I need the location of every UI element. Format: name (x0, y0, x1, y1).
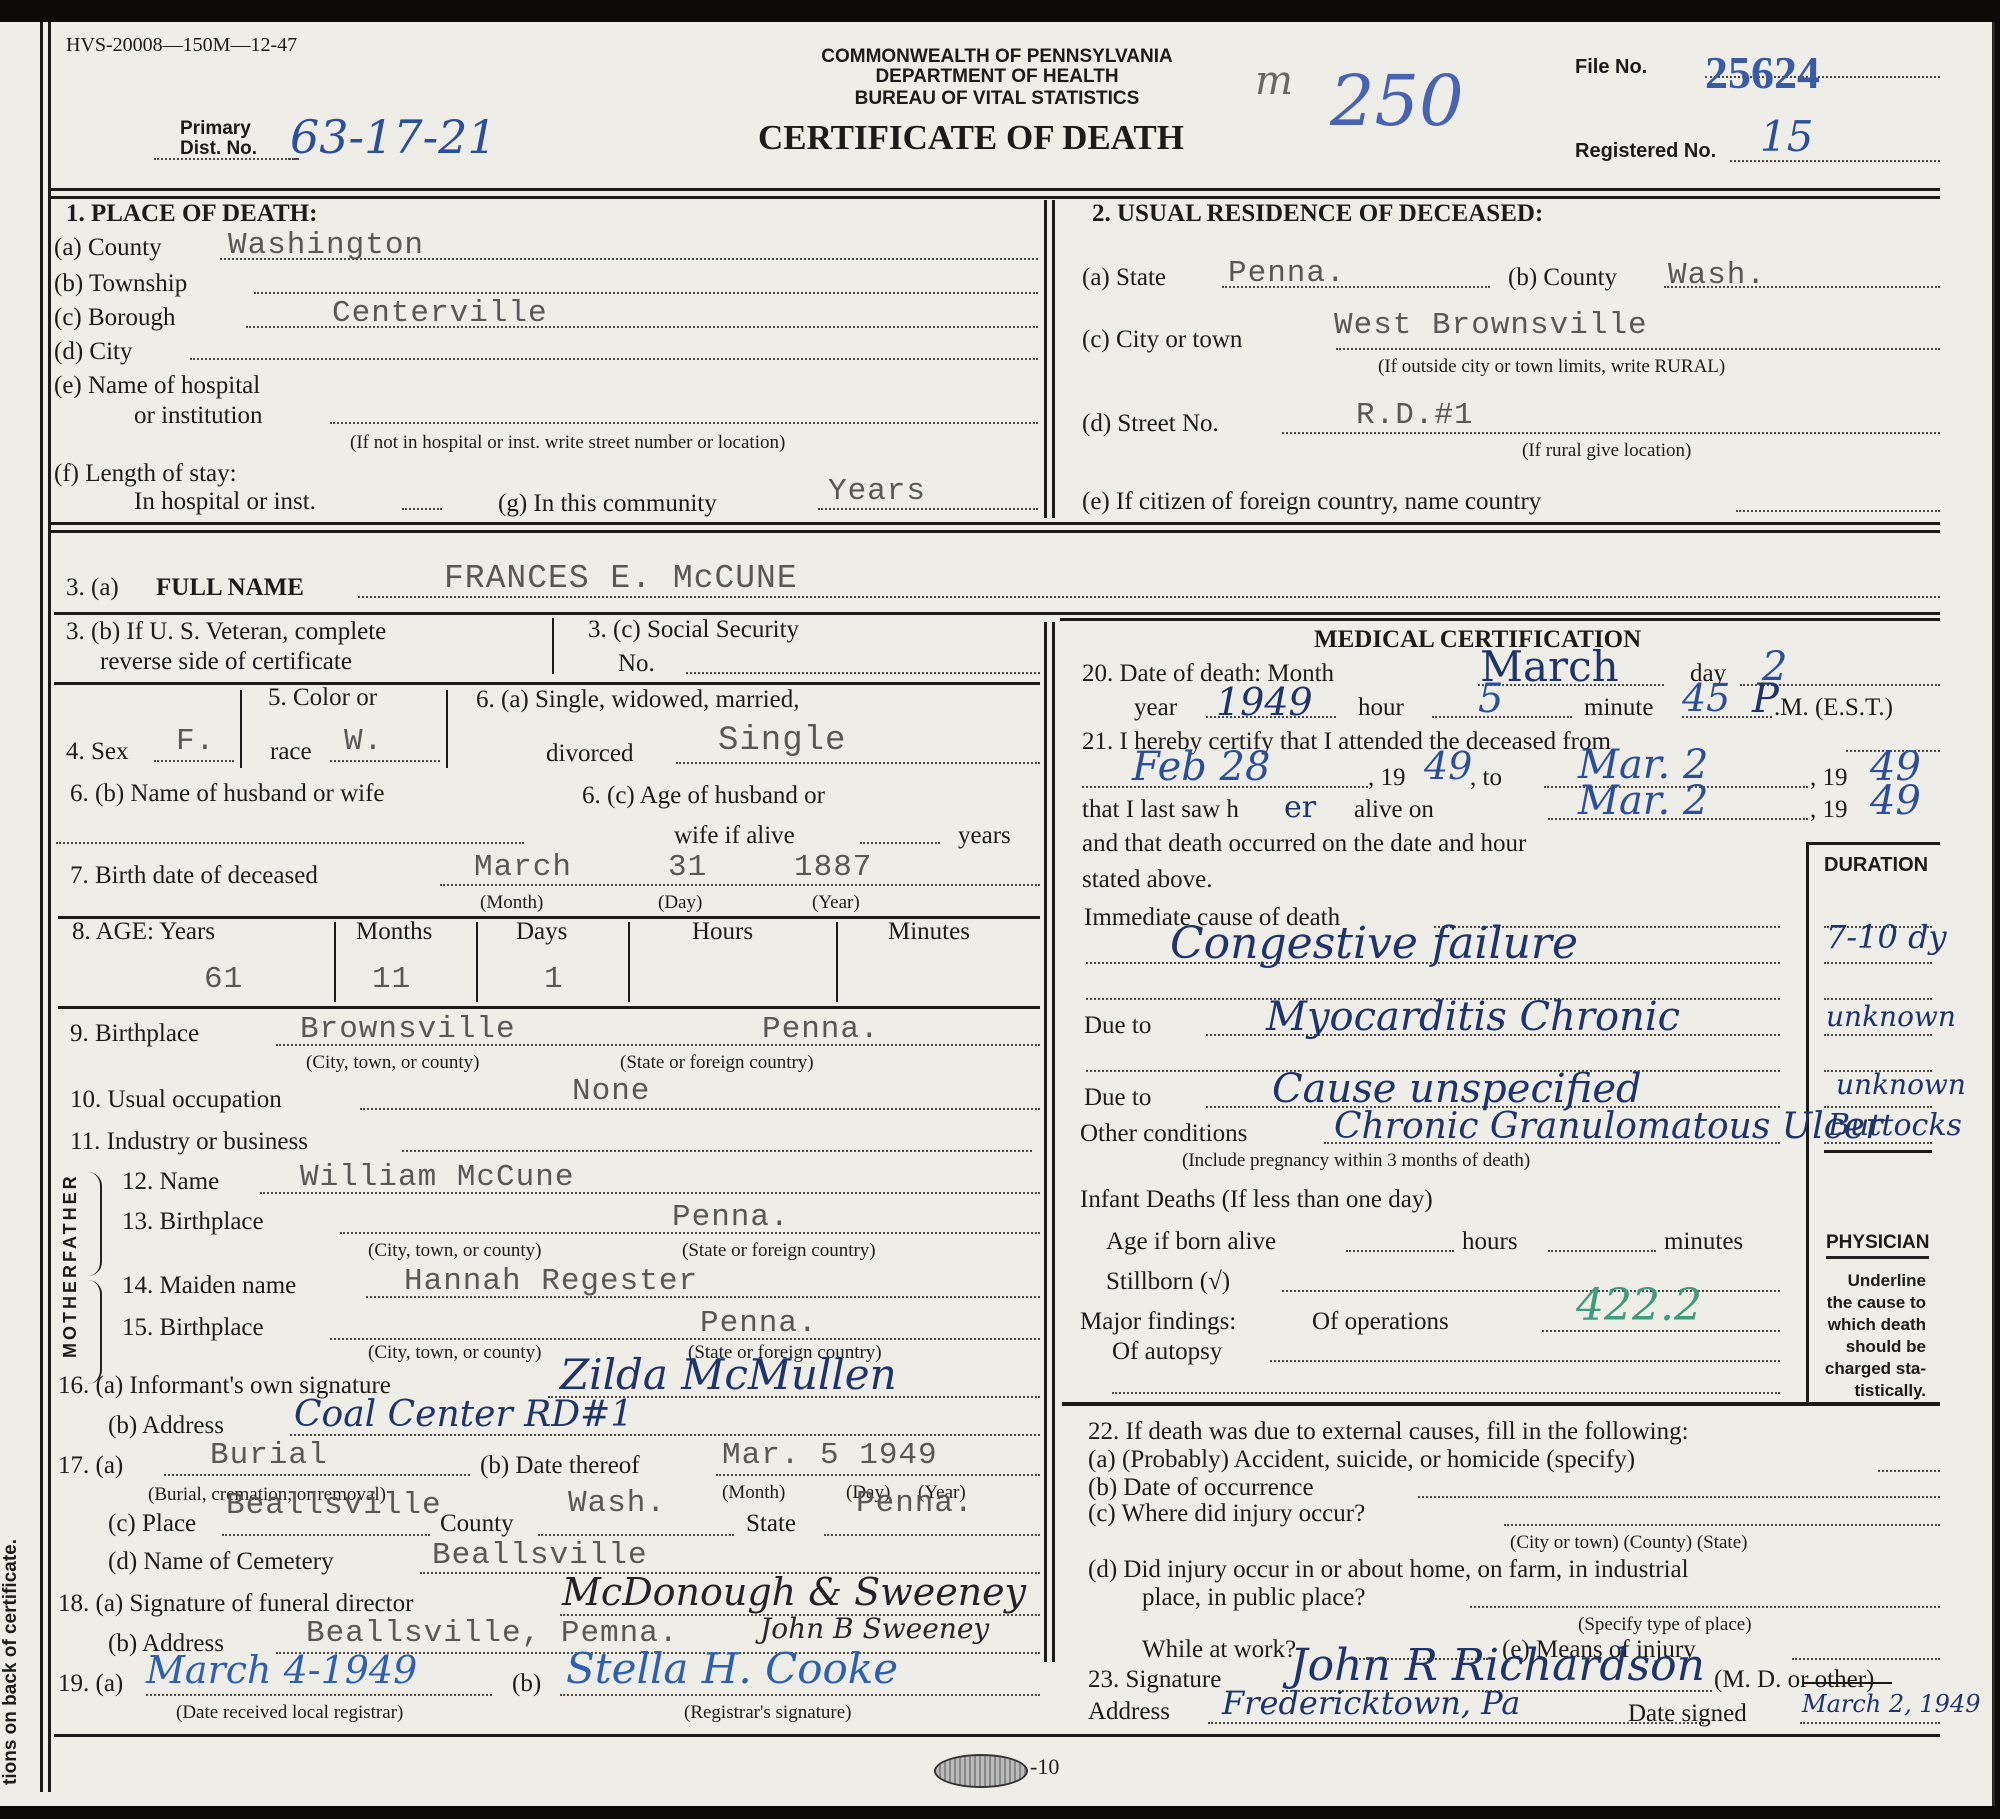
burial-place-label: (c) Place (108, 1510, 196, 1538)
physician-heading: PHYSICIAN (1826, 1232, 1929, 1259)
mother-city-caption: (City, town, or county) (368, 1342, 541, 1364)
margin-side-note: tions on back of certificate. (0, 1539, 22, 1785)
header-divider (48, 188, 1940, 199)
attended-to-label: , to (1470, 764, 1502, 792)
file-number: 25624 (1705, 46, 1820, 99)
bottom-rule (54, 1734, 1940, 1737)
death-hour-label: hour (1358, 694, 1404, 722)
autopsy-label: Of autopsy (1112, 1338, 1222, 1366)
cause-immediate-value: Congestive failure (1170, 918, 1578, 969)
birth-day: 31 (668, 850, 707, 885)
informant-address: Coal Center RD#1 (294, 1394, 633, 1435)
funeral-director-cosignature: John B Sweeney (760, 1612, 989, 1645)
county-label: (a) County (54, 234, 162, 262)
father-birthplace-value: Penna. (672, 1200, 790, 1235)
due-to-label-2: Due to (1084, 1084, 1151, 1112)
cause-immediate-duration: 7-10 dy (1826, 918, 1947, 956)
section-divider-1-2 (1044, 200, 1055, 518)
external-d-caption: (Specify type of place) (1578, 1614, 1752, 1636)
other-conditions-value: Chronic Granulomatous Ulcer (1334, 1106, 1882, 1147)
duration-heading: DURATION (1824, 854, 1928, 877)
last-saw-date: Mar. 2 (1578, 778, 1708, 824)
age-years-value: 61 (204, 962, 243, 997)
spouse-age-label-1: 6. (c) Age of husband or (582, 782, 825, 810)
mother-maiden-label: 14. Maiden name (122, 1272, 296, 1300)
death-year-label: year (1134, 694, 1177, 722)
attended-from-19: , 19 (1368, 764, 1406, 792)
res-state-value: Penna. (1228, 256, 1346, 291)
res-foreign-label: (e) If citizen of foreign country, name … (1082, 488, 1541, 516)
death-minute-label: minute (1584, 694, 1653, 722)
borough-value: Centerville (332, 296, 548, 331)
township-label: (b) Township (54, 270, 187, 298)
burial-county-label: County (440, 1510, 514, 1538)
operations-label: Of operations (1312, 1308, 1449, 1336)
funeral-director-signature-label: 18. (a) Signature of funeral director (58, 1590, 413, 1618)
hospital-note: (If not in hospital or inst. write stree… (350, 432, 785, 454)
spouse-name-label: 6. (b) Name of husband or wife (70, 780, 385, 808)
death-year-value: 1949 (1216, 680, 1313, 724)
veteran-label-2: reverse side of certificate (100, 648, 352, 676)
primary-dist-label-1: Primary (180, 118, 251, 140)
cause-due-to-2-duration: unknown (1836, 1068, 1966, 1101)
race-value: W. (344, 724, 383, 759)
certifier-signature-label: 23. Signature (1088, 1666, 1221, 1694)
union-printer-seal-icon (934, 1754, 1028, 1788)
race-label: race (270, 738, 312, 766)
date-signed-label: Date signed (1628, 1700, 1747, 1728)
full-name-value: FRANCES E. McCUNE (444, 560, 798, 597)
registrar-date-caption: (Date received local registrar) (176, 1702, 403, 1724)
sex-label: 4. Sex (66, 738, 129, 766)
external-d-label-2: place, in public place? (1142, 1584, 1366, 1612)
res-city-note: (If outside city or town limits, write R… (1378, 356, 1725, 378)
medical-column-divider (1044, 622, 1055, 1662)
birth-year-caption: (Year) (812, 892, 860, 914)
informant-signature: Zilda McMullen (560, 1350, 897, 1399)
res-street-value: R.D.#1 (1356, 398, 1474, 433)
usual-residence-heading: 2. USUAL RESIDENCE OF DECEASED: (1092, 200, 1543, 228)
occupation-value: None (572, 1074, 650, 1109)
attended-from-year: 49 (1424, 744, 1472, 788)
physician-note: Underline the cause to which death shoul… (1822, 1270, 1926, 1402)
res-county-value: Wash. (1668, 258, 1766, 293)
burial-place-value: Beallsville (226, 1488, 442, 1523)
occurred-line-1: and that death occurred on the date and … (1082, 830, 1526, 858)
primary-dist-label-2: Dist. No. (180, 138, 257, 160)
res-city-value: West Brownsville (1334, 308, 1648, 343)
cause-due-to-1-duration: unknown (1826, 1000, 1956, 1033)
infant-deaths-heading: Infant Deaths (If less than one day) (1080, 1186, 1433, 1214)
file-no-label: File No. (1575, 56, 1647, 79)
age-col-hours: Hours (692, 918, 753, 946)
registered-number: 15 (1760, 112, 1813, 161)
death-ampm-suffix: .M. (E.S.T.) (1774, 694, 1893, 722)
attended-to-19: , 19 (1810, 764, 1848, 792)
external-d-label-1: (d) Did injury occur in or about home, o… (1088, 1556, 1689, 1584)
certifier-address: Fredericktown, Pa (1222, 1684, 1520, 1722)
infant-hours-label: hours (1462, 1228, 1518, 1256)
full-name-label-prefix: 3. (a) (66, 574, 119, 602)
alive-on-label: alive on (1354, 796, 1434, 824)
res-street-note: (If rural give location) (1522, 440, 1691, 462)
spouse-age-unit: years (958, 822, 1011, 850)
marital-value: Single (718, 722, 846, 760)
burial-county-value: Wash. (568, 1486, 666, 1521)
registrar-label-a: 19. (a) (58, 1670, 123, 1698)
burial-month-caption: (Month) (722, 1482, 785, 1504)
father-side-label: FATHER (60, 1173, 81, 1262)
death-hour-value: 5 (1478, 676, 1503, 722)
full-name-label: FULL NAME (156, 574, 304, 602)
primary-dist-number: 63-17-21 (290, 110, 497, 164)
age-days-value: 1 (544, 962, 564, 997)
hospital-label-1: (e) Name of hospital (54, 372, 260, 400)
external-causes-heading: 22. If death was due to external causes,… (1088, 1418, 1689, 1446)
stillborn-label: Stillborn (√) (1106, 1268, 1230, 1296)
last-saw-label: that I last saw h (1082, 796, 1239, 824)
left-margin-rule (40, 22, 51, 1792)
birth-day-caption: (Day) (658, 892, 702, 914)
registrar-label-b: (b) (512, 1670, 541, 1698)
community-label: (g) In this community (498, 490, 717, 518)
length-of-stay-label: (f) Length of stay: (54, 460, 237, 488)
age-months-value: 11 (372, 962, 411, 997)
hospital-label-2: or institution (134, 402, 262, 430)
age-col-minutes: Minutes (888, 918, 970, 946)
agency-line-2: DEPARTMENT OF HEALTH (772, 66, 1222, 88)
county-value: Washington (228, 228, 424, 263)
date-signed-value: March 2, 1949 (1802, 1690, 1981, 1718)
age-label: 8. AGE: Years (72, 918, 215, 946)
other-conditions-label: Other conditions (1080, 1120, 1247, 1148)
burial-date-label: (b) Date thereof (480, 1452, 640, 1480)
burial-type-value: Burial (210, 1438, 328, 1473)
birth-date-label: 7. Birth date of deceased (70, 862, 318, 890)
occupation-label: 10. Usual occupation (70, 1086, 282, 1114)
registrar-signature: Stella H. Cooke (566, 1644, 898, 1693)
last-saw-year: 49 (1870, 778, 1921, 824)
father-state-caption: (State or foreign country) (682, 1240, 876, 1262)
major-findings-label: Major findings: (1080, 1308, 1236, 1336)
margin-note-number: 250 (1330, 60, 1464, 142)
while-at-work-label: While at work? (1142, 1636, 1296, 1664)
birthplace-label: 9. Birthplace (70, 1020, 199, 1048)
birth-month: March (474, 850, 572, 885)
color-label-1: 5. Color or (268, 684, 377, 712)
birth-year: 1887 (794, 850, 872, 885)
spouse-age-label-2: wife if alive (674, 822, 795, 850)
burial-date-value: Mar. 5 1949 (722, 1438, 938, 1473)
birthplace-state: Penna. (762, 1012, 880, 1047)
external-a-label: (a) (Probably) Accident, suicide, or hom… (1088, 1446, 1635, 1474)
mother-maiden-value: Hannah Regester (404, 1264, 698, 1299)
margin-note-m: m (1255, 58, 1293, 104)
other-conditions-note: (Include pregnancy within 3 months of de… (1182, 1150, 1530, 1172)
attended-from-value: Feb 28 (1132, 744, 1270, 790)
last-saw-19: , 19 (1810, 796, 1848, 824)
res-county-label: (b) County (1508, 264, 1617, 292)
age-born-alive-label: Age if born alive (1106, 1228, 1276, 1256)
mother-birthplace-value: Penna. (700, 1306, 818, 1341)
father-city-caption: (City, town, or county) (368, 1240, 541, 1262)
res-state-label: (a) State (1082, 264, 1166, 292)
res-city-label: (c) City or town (1082, 326, 1242, 354)
father-birthplace-label: 13. Birthplace (122, 1208, 264, 1236)
printer-code: -10 (1030, 1754, 1059, 1780)
informant-address-label: (b) Address (108, 1412, 224, 1440)
last-saw-pronoun: er (1284, 790, 1316, 825)
external-b-label: (b) Date of occurrence (1088, 1474, 1314, 1502)
birthplace-city: Brownsville (300, 1012, 516, 1047)
mother-birthplace-label: 15. Birthplace (122, 1314, 264, 1342)
mother-side-label: MOTHER (60, 1262, 81, 1358)
father-brace (88, 1172, 102, 1276)
cause-due-to-1-value: Myocarditis Chronic (1266, 994, 1680, 1040)
occurred-line-2: stated above. (1082, 866, 1213, 894)
burial-state-label: State (746, 1510, 796, 1538)
burial-state-value: Penna. (856, 1486, 974, 1521)
registered-no-label: Registered No. (1575, 140, 1716, 163)
section-divider-2-3 (48, 522, 1940, 533)
form-number: HVS-20008—150M—12-47 (66, 34, 297, 57)
agency-line-3: BUREAU OF VITAL STATISTICS (772, 88, 1222, 110)
funeral-director-signature: McDonough & Sweeney (562, 1570, 1026, 1614)
father-name-value: William McCune (300, 1160, 574, 1195)
marital-label-1: 6. (a) Single, widowed, married, (476, 686, 800, 714)
res-street-label: (d) Street No. (1082, 410, 1219, 438)
full-name-divider (54, 612, 1940, 615)
father-name-label: 12. Name (122, 1168, 219, 1196)
veteran-label-1: 3. (b) If U. S. Veteran, complete (66, 618, 386, 646)
operations-value: 422.2 (1576, 1280, 1702, 1331)
due-to-label-1: Due to (1084, 1012, 1151, 1040)
place-of-death-heading: 1. PLACE OF DEATH: (66, 200, 317, 228)
other-conditions-duration: Buttocks (1828, 1108, 1962, 1143)
ss-label-2: No. (618, 650, 655, 678)
city-label: (d) City (54, 338, 132, 366)
burial-type-label: 17. (a) (58, 1452, 123, 1480)
death-minute-value: 45 (1682, 676, 1730, 720)
external-c-caption: (City or town) (County) (State) (1510, 1532, 1747, 1554)
in-hospital-label: In hospital or inst. (134, 488, 316, 516)
industry-label: 11. Industry or business (70, 1128, 308, 1156)
agency-line-1: COMMONWEALTH OF PENNSYLVANIA (772, 46, 1222, 68)
registrar-signature-caption: (Registrar's signature) (684, 1702, 852, 1724)
certifier-address-label: Address (1088, 1698, 1170, 1726)
certificate-title: CERTIFICATE OF DEATH (758, 118, 1184, 158)
age-col-days: Days (516, 918, 567, 946)
or-other-strikethrough (1802, 1682, 1892, 1684)
mother-brace (88, 1280, 102, 1384)
external-c-label: (c) Where did injury occur? (1088, 1500, 1365, 1528)
ss-label-1: 3. (c) Social Security (588, 616, 799, 644)
age-col-months: Months (356, 918, 432, 946)
cemetery-value: Beallsville (432, 1538, 648, 1573)
birthplace-city-caption: (City, town, or county) (306, 1052, 479, 1074)
borough-label: (c) Borough (54, 304, 176, 332)
sex-value: F. (176, 724, 215, 759)
community-value: Years (828, 474, 926, 509)
cemetery-label: (d) Name of Cemetery (108, 1548, 334, 1576)
registrar-date-received: March 4-1949 (146, 1648, 417, 1692)
infant-minutes-label: minutes (1664, 1228, 1743, 1256)
marital-label-2: divorced (546, 740, 633, 768)
birth-month-caption: (Month) (480, 892, 543, 914)
birthplace-state-caption: (State or foreign country) (620, 1052, 814, 1074)
